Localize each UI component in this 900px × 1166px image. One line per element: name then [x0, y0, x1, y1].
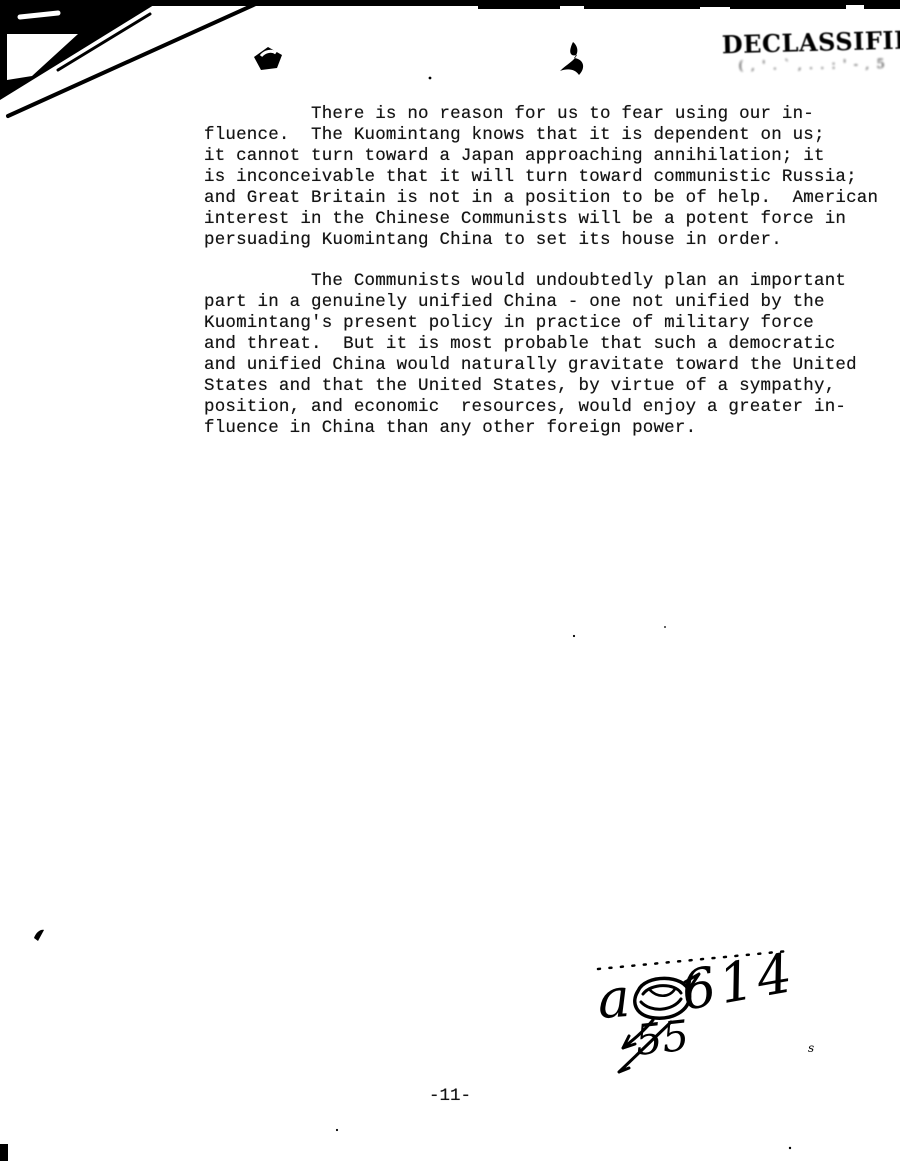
page-number: -11- — [0, 1086, 900, 1106]
declassified-stamp: DECLASSIFIED ( , ' . ` , . . : ' - , 5 — [721, 26, 900, 76]
comma-mark — [34, 930, 44, 941]
stamp-smudged-line: ( , ' . ` , . . : ' - , 5 — [722, 57, 900, 74]
stamp-text: DECLASSIFIED — [721, 26, 900, 60]
folded-corner-artifact — [0, 0, 260, 116]
handwritten-letter-a: a — [596, 966, 633, 1031]
handwritten-number-below: 55 — [633, 1011, 691, 1065]
scanned-document-page: DECLASSIFIED ( , ' . ` , . . : ' - , 5 T… — [0, 0, 900, 1166]
handwritten-annotation: a 614 55 s — [563, 936, 843, 1081]
ink-blob-left-icon — [254, 47, 282, 70]
handwritten-number: 614 — [676, 941, 800, 1023]
tiny-side-mark: s — [808, 1041, 814, 1055]
bottom-left-edge-mark — [0, 1144, 8, 1161]
ink-blob-right-icon — [560, 42, 583, 75]
paragraph-1: There is no reason for us to fear using … — [204, 104, 878, 251]
paragraph-2: The Communists would undoubtedly plan an… — [204, 271, 857, 439]
